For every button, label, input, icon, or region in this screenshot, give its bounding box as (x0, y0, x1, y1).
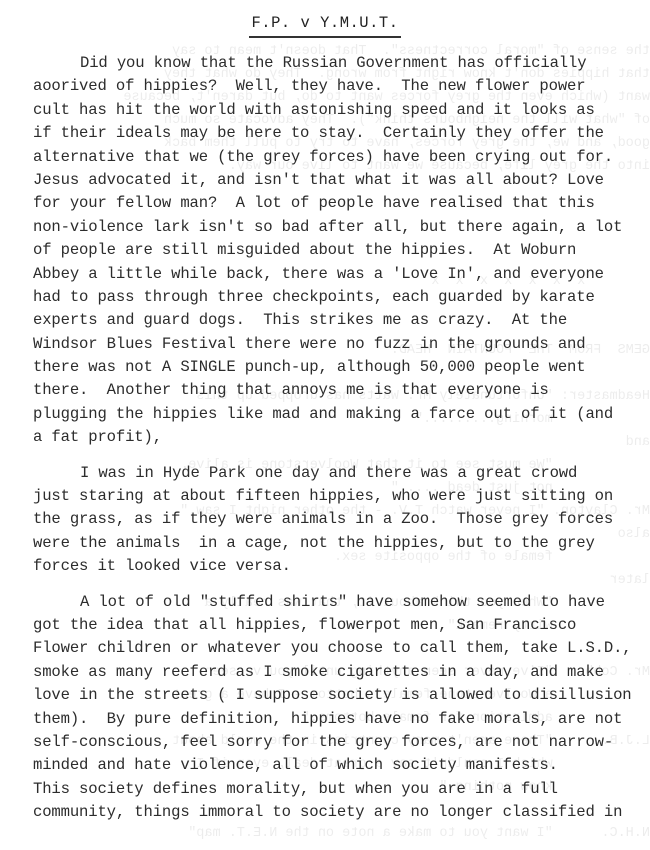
text-line: had to pass through three checkpoints, e… (33, 286, 633, 309)
text-line: smoke as many reeferd as I smoke cigaret… (33, 661, 633, 684)
text-line: A lot of old "stuffed shirts" have someh… (33, 591, 633, 614)
text-line: Flower children or whatever you choose t… (33, 637, 633, 660)
text-line: Windsor Blues Festival there were no fuz… (33, 333, 633, 356)
text-line: minded and hate violence, all of which s… (33, 754, 633, 777)
text-line: were the animals in a cage, not the hipp… (33, 532, 633, 555)
paragraph: Did you know that the Russian Government… (33, 52, 633, 450)
text-line: got the idea that all hippies, flowerpot… (33, 614, 633, 637)
text-line: a fat profit), (33, 426, 633, 449)
text-line: cult has hit the world with astonishing … (33, 99, 633, 122)
text-line: there was not A SINGLE punch-up, althoug… (33, 356, 633, 379)
text-line: community, things immoral to society are… (33, 801, 633, 824)
article-body: Did you know that the Russian Government… (33, 52, 633, 837)
text-line: non-violence lark isn't so bad after all… (33, 216, 633, 239)
text-line: just staring at about fifteen hippies, w… (33, 485, 633, 508)
typed-page: the sense of "moral correctness". That d… (0, 0, 650, 850)
text-line: if their ideals may be here to stay. Cer… (33, 122, 633, 145)
text-line: alternative that we (the grey forces) ha… (33, 146, 633, 169)
text-line: there. Another thing that annoys me is t… (33, 379, 633, 402)
text-line: Abbey a little while back, there was a '… (33, 263, 633, 286)
text-line: of people are still misguided about the … (33, 239, 633, 262)
text-line: self-conscious, feel sorry for the grey … (33, 731, 633, 754)
text-line: This society defines morality, but when … (33, 778, 633, 801)
paragraph: A lot of old "stuffed shirts" have someh… (33, 591, 633, 825)
text-line: the grass, as if they were animals in a … (33, 508, 633, 531)
text-line: aoorived of hippies? Well, they have. Th… (33, 75, 633, 98)
text-line: for your fellow man? A lot of people hav… (33, 192, 633, 215)
text-line: Jesus advocated it, and isn't that what … (33, 169, 633, 192)
text-line: Did you know that the Russian Government… (33, 52, 633, 75)
title-underline (249, 36, 401, 38)
text-line: experts and guard dogs. This strikes me … (33, 309, 633, 332)
text-line: forces it looked vice versa. (33, 555, 633, 578)
text-line: I was in Hyde Park one day and there was… (33, 462, 633, 485)
paragraph: I was in Hyde Park one day and there was… (33, 462, 633, 579)
text-line: them). By pure definition, hippies have … (33, 708, 633, 731)
text-line: love in the streets ( I suppose society … (33, 684, 633, 707)
text-line: plugging the hippies like mad and making… (33, 403, 633, 426)
document-title: F.P. v Y.M.U.T. (0, 14, 650, 32)
